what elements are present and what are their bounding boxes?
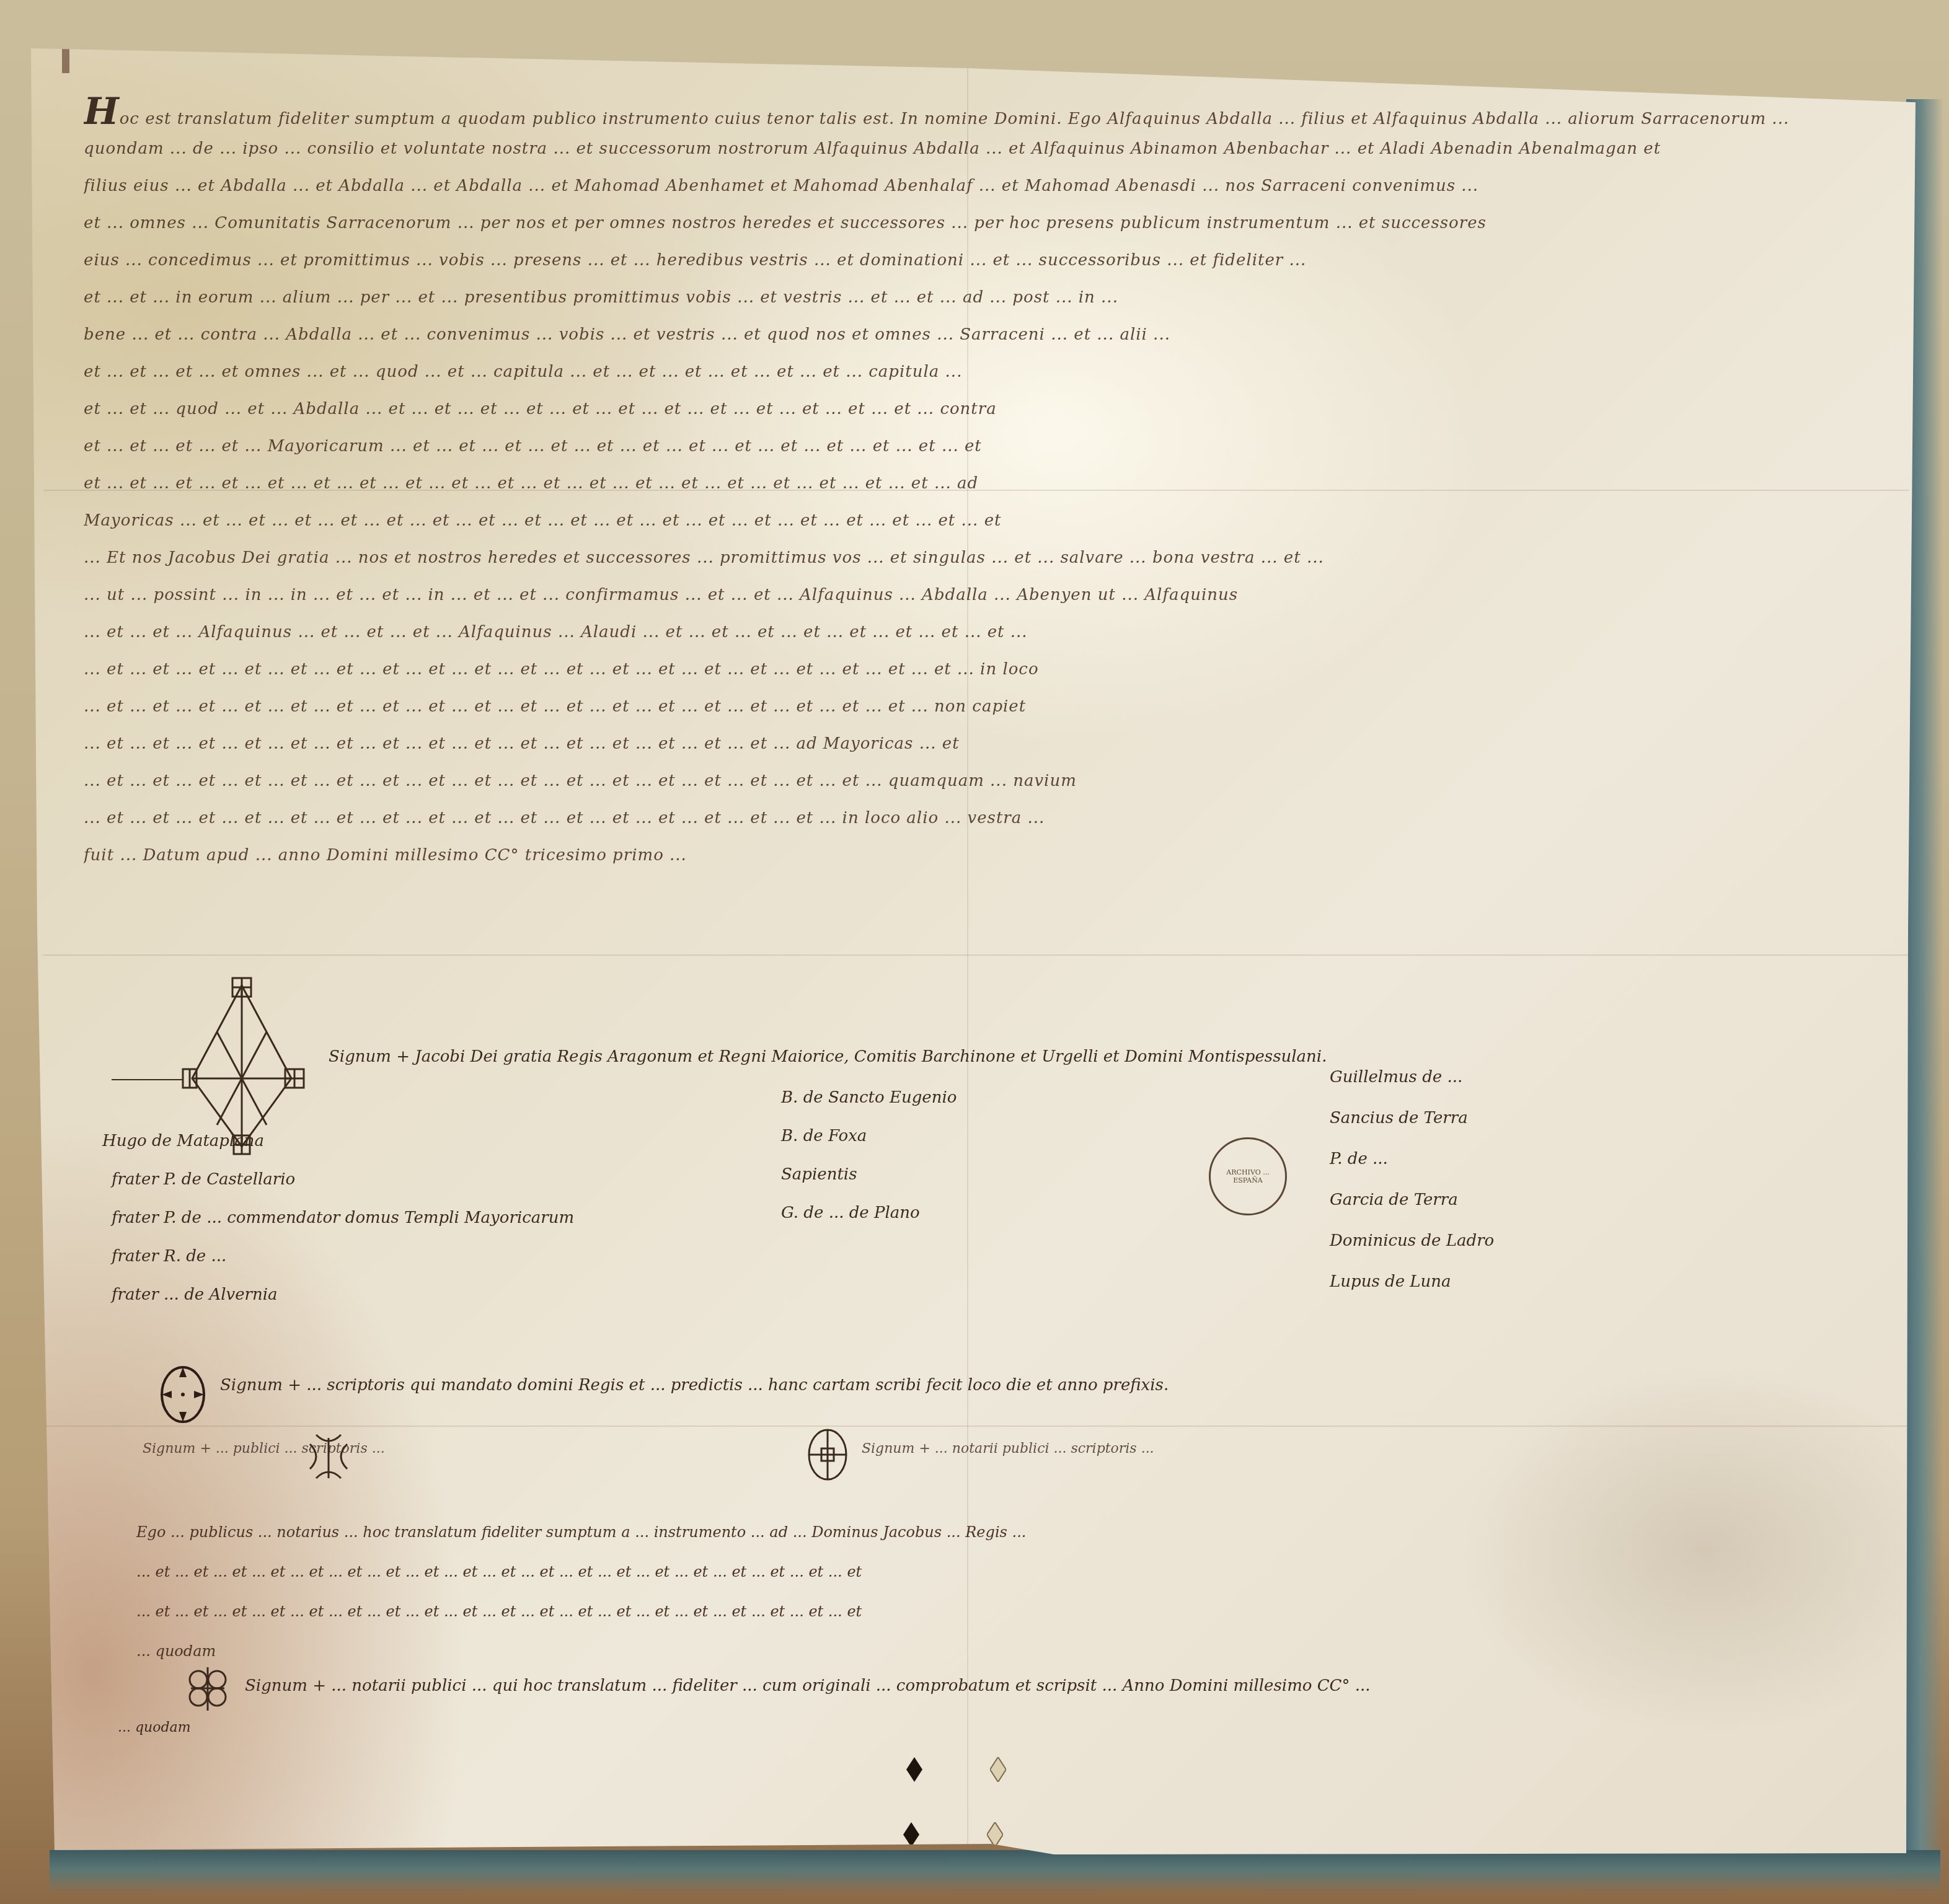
final-signum-continuation: ... quodam [118,1720,191,1735]
text-line: ... quodam [136,1631,1026,1671]
text-line: et ... omnes ... Comunitatis Sarracenoru… [84,205,1881,242]
fold-line [43,1426,1909,1427]
witness-name: Sancius de Terra [1330,1098,1494,1139]
witness-name: B. de Sancto Eugenio [781,1078,957,1117]
text-line: et ... et ... et ... et omnes ... et ...… [84,353,1881,390]
scribe-signum-knot-icon [304,1429,353,1484]
wall-shadow-bottom [50,1850,1940,1893]
notarial-confirmation: Ego ... publicus ... notarius ... hoc tr… [136,1512,1026,1671]
seal-hole-icon [903,1822,919,1847]
witness-name: Garcia de Terra [1330,1179,1494,1220]
text-line: eius ... concedimus ... et promittimus .… [84,242,1881,279]
royal-subscription: Signum + Jacobi Dei gratia Regis Aragonu… [329,1047,1327,1066]
scribe-signum-line: Signum + ... publici ... scriptoris ... [143,1441,385,1457]
text-line: et ... et ... et ... et ... Mayoricarum … [84,428,1881,465]
witness-name: frater P. de Castellario [112,1160,574,1199]
witness-list-left: Hugo de Mataplana frater P. de Castellar… [112,1122,574,1314]
final-signum-line: Signum + ... notarii publici ... qui hoc… [245,1677,1371,1695]
witness-name: B. de Foxa [781,1117,957,1155]
witness-name: frater ... de Alvernia [112,1276,574,1314]
text-line: fuit ... Datum apud ... anno Domini mill… [84,837,1881,874]
witness-name: Hugo de Mataplana [102,1122,574,1160]
witness-name: Dominicus de Ladro [1330,1220,1494,1261]
text-line: ... et ... et ... et ... et ... et ... e… [84,725,1881,762]
archive-stamp: ARCHIVO ... ESPAÑA [1209,1137,1287,1215]
final-notary-signum-icon [180,1661,236,1717]
text-line: ... et ... et ... et ... et ... et ... e… [136,1592,1026,1631]
witness-name: P. de ... [1330,1139,1494,1179]
text-line: et ... et ... quod ... et ... Abdalla ..… [84,390,1881,428]
scribe-signum-wheel-icon [152,1364,214,1426]
text-line: ... et ... et ... et ... et ... et ... e… [84,800,1881,837]
text-line: Mayoricas ... et ... et ... et ... et ..… [84,502,1881,539]
seal-hole-icon [987,1822,1003,1847]
text-line: filius eius ... et Abdalla ... et Abdall… [84,167,1881,205]
text-line: Hoc est translatum fideliter sumptum a q… [84,93,1881,130]
witness-name: frater P. de ... commendator domus Templ… [112,1199,574,1237]
seal-hole-icon [990,1757,1006,1782]
charter-main-text: Hoc est translatum fideliter sumptum a q… [84,93,1881,874]
text-line: quondam ... de ... ipso ... consilio et … [84,130,1881,167]
witness-list-right: Guillelmus de ... Sancius de Terra P. de… [1330,1057,1494,1302]
notary-signum-icon [800,1426,855,1484]
text-line: ... ut ... possint ... in ... in ... et … [84,576,1881,614]
text-line: et ... et ... et ... et ... et ... et ..… [84,465,1881,502]
text-line: ... Et nos Jacobus Dei gratia ... nos et… [84,539,1881,576]
text-line: et ... et ... in eorum ... alium ... per… [84,279,1881,316]
witness-name: Lupus de Luna [1330,1261,1494,1302]
witness-name: frater R. de ... [112,1237,574,1276]
scribe-signum-line: Signum + ... scriptoris qui mandato domi… [220,1376,1169,1395]
witness-name: Sapientis [781,1155,957,1194]
text-line: ... et ... et ... et ... et ... et ... e… [84,762,1881,800]
text-line: ... et ... et ... et ... et ... et ... e… [84,688,1881,725]
witness-name: Guillelmus de ... [1330,1057,1494,1098]
scribe-signum-line: Signum + ... notarii publici ... scripto… [862,1441,1154,1457]
text-line: ... et ... et ... et ... et ... et ... e… [84,651,1881,688]
archive-stamp-text: ARCHIVO ... ESPAÑA [1217,1168,1279,1184]
text-line: bene ... et ... contra ... Abdalla ... e… [84,316,1881,353]
text-line: ... et ... et ... Alfaquinus ... et ... … [84,614,1881,651]
corner-stain [62,48,69,73]
fold-line [43,954,1909,956]
text-line: Ego ... publicus ... notarius ... hoc tr… [136,1512,1026,1552]
parchment-sheet: Hoc est translatum fideliter sumptum a q… [0,0,1949,1904]
seal-hole-icon [906,1757,922,1782]
witness-name: G. de ... de Plano [781,1194,957,1232]
witness-list-middle: B. de Sancto Eugenio B. de Foxa Sapienti… [781,1078,957,1232]
text-line: ... et ... et ... et ... et ... et ... e… [136,1552,1026,1592]
